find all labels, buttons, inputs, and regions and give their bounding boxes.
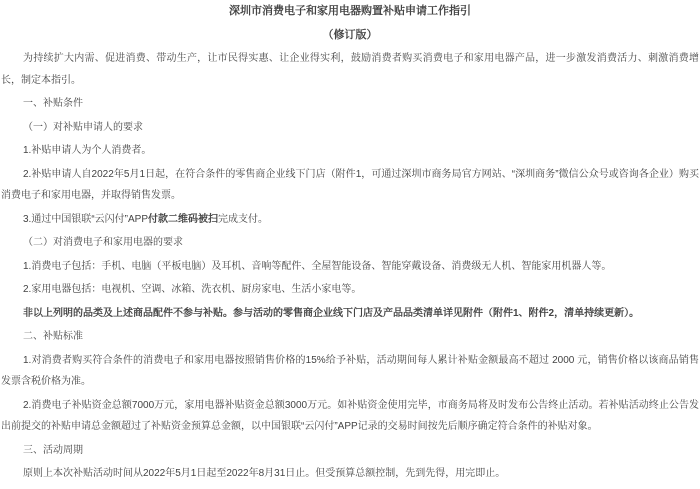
document-page: 深圳市消费电子和家用电器购置补贴申请工作指引 （修订版） 为持续扩大内需、促进消… (0, 0, 700, 489)
document-subtitle: （修订版） (1, 25, 699, 47)
section-3-item-1: 原则上本次补贴活动时间从2022年5月1日起至2022年8月31日止。但受预算总… (1, 463, 699, 485)
item-3-bold-text: 付款二维码被扫 (148, 214, 218, 225)
document-title: 深圳市消费电子和家用电器购置补贴申请工作指引 (1, 1, 699, 23)
item-3-suffix-text: 完成支付。 (218, 214, 268, 225)
section-1-sub-1-item-1: 1.补贴申请人为个人消费者。 (1, 140, 699, 162)
section-1-sub-2-note: 非以上列明的品类及上述商品配件不参与补贴。参与活动的零售商企业线下门店及产品品类… (1, 303, 699, 325)
section-1-sub-1-heading: （一）对补贴申请人的要求 (1, 117, 699, 139)
section-2-heading: 二、补贴标准 (1, 326, 699, 348)
section-3-heading: 三、活动周期 (1, 440, 699, 462)
section-1-sub-1-item-3: 3.通过中国银联“云闪付”APP付款二维码被扫完成支付。 (1, 209, 699, 231)
section-1-sub-2-item-1: 1.消费电子包括：手机、电脑（平板电脑）及耳机、音响等配件、全屋智能设备、智能穿… (1, 256, 699, 278)
section-1-sub-2-item-2: 2.家用电器包括：电视机、空调、冰箱、洗衣机、厨房家电、生活小家电等。 (1, 279, 699, 301)
section-1-heading: 一、补贴条件 (1, 93, 699, 115)
section-1-sub-2-heading: （二）对消费电子和家用电器的要求 (1, 232, 699, 254)
item-3-prefix-text: 3.通过中国银联“云闪付”APP (23, 214, 148, 225)
section-2-item-1: 1.对消费者购买符合条件的消费电子和家用电器按照销售价格的15%给予补贴，活动期… (1, 350, 699, 393)
section-1-sub-1-item-2: 2.补贴申请人自2022年5月1日起，在符合条件的零售商企业线下门店（附件1，可… (1, 164, 699, 207)
section-2-item-2: 2.消费电子补贴资金总额7000万元，家用电器补贴资金总额3000万元。如补贴资… (1, 395, 699, 438)
intro-paragraph: 为持续扩大内需、促进消费、带动生产，让市民得实惠、让企业得实利，鼓励消费者购买消… (1, 48, 699, 91)
